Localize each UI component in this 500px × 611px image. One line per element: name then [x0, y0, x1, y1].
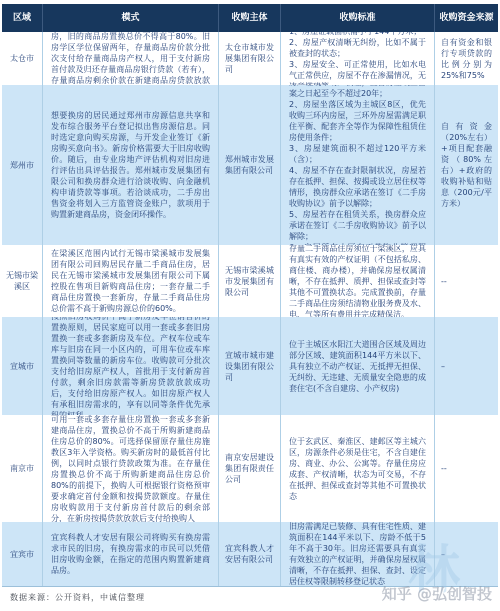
table-header-row: 区域 模式 收购主体 收购标准 收购资金来源: [2, 4, 498, 32]
table-row-taicang: 太仓市 用一套或多套存量商品房置换一套新建商品房，旧的商品房置换总价不得高于80…: [2, 32, 498, 85]
table-row-nanjing: 南京市 可用一套或多套存量住房置换一套或多套新建商品住房，置换总价不高于所购新建…: [2, 415, 498, 522]
cell-buyer: 太仓市城市发展集团有限公司: [218, 32, 280, 85]
cell-buyer: 无锡市梁溪城市发展集团有限公司: [218, 245, 280, 317]
cell-mode: 想要换房的居民通过郑州市房源信息共享和发布综合服务平台登记拟出售房源信息。同时选…: [42, 85, 218, 245]
cell-mode: 按照旧房收购价不高于新房及车位销售价的置换原则，居民家庭可以用一套或多套旧房置换…: [42, 317, 218, 415]
table-row-yibin: 宜宾市 宜宾科教人才安居有限公司将购买有换房需求市民的旧房，有换房需求的市民可以…: [2, 522, 498, 586]
cell-funding: --: [434, 245, 498, 317]
cell-buyer: 宜宾科教人才安居有限公司: [218, 522, 280, 586]
cell-buyer: 宣城市城市建设集团有限公司: [218, 317, 280, 415]
column-header-standard: 收购标准: [280, 4, 434, 32]
cell-buyer: 南京安居建设集团有限责任公司: [218, 415, 280, 522]
page-root: { "table": { "columns": ["区域", "模式", "收购…: [0, 0, 500, 611]
cell-funding: 自有资金（20%左右）+项目配套融资（80%左右）+政府的收购补贴和贴息（200…: [434, 85, 498, 245]
column-header-funding: 收购资金来源: [434, 4, 498, 32]
column-header-region: 区域: [2, 4, 42, 32]
cell-region: 南京市: [2, 415, 42, 522]
cell-funding: 自有资金和银行专项贷款的比例分别为25%和75%: [434, 32, 498, 85]
cell-mode: 在梁溪区范围内试行无锡市梁溪城市发展集团有限公司回购居民存量二手商品住房，居民在…: [42, 245, 218, 317]
cell-funding: –: [434, 317, 498, 415]
column-header-mode: 模式: [42, 4, 218, 32]
cell-buyer: 郑州城市发展集团有限公司: [218, 85, 280, 245]
cell-standard: 位于玄武区、秦淮区、建邺区等主城六区，房源条件必须是住宅，不含自建住房、商业、办…: [280, 415, 434, 522]
cell-mode: 宜宾科教人才安居有限公司将购买有换房需求市民的旧房，有换房需求的市民可以凭借旧房…: [42, 522, 218, 586]
table-row-wuxi-liangxi: 无锡市梁溪区 在梁溪区范围内试行无锡市梁溪城市发展集团有限公司回购居民存量二手商…: [2, 245, 498, 317]
cell-standard: 位于主城区水阳江大道围合区域及周边部分区域、建筑面积144平方米以下、具有独立不…: [280, 317, 434, 415]
cell-region: 宜宾市: [2, 522, 42, 586]
column-header-buyer: 收购主体: [218, 4, 280, 32]
data-source-note: 数据来源：公开资料，中诚信整理: [10, 592, 145, 603]
cell-region: 宣城市: [2, 317, 42, 415]
cell-region: 太仓市: [2, 32, 42, 85]
cell-standard: 1、房屋证载面积需小于144平方米； 2、房屋产权清晰无纠纷，比如不属于被查封的…: [280, 32, 434, 85]
cell-region: 郑州市: [2, 85, 42, 245]
cell-standard: 旧房需满足已装修、具有住宅性质、建筑面积在144平米以下、房龄不低于5年不高于3…: [280, 522, 434, 586]
table-row-zhengzhou: 郑州市 想要换房的居民通过郑州市房源信息共享和发布综合服务平台登记拟出售房源信息…: [2, 85, 498, 245]
table-row-xuancheng: 宣城市 按照旧房收购价不高于新房及车位销售价的置换原则，居民家庭可以用一套或多套…: [2, 317, 498, 415]
report-table-page: 区域 模式 收购主体 收购标准 收购资金来源 太仓市 用一套或多套存量商品房置换…: [2, 4, 498, 587]
cell-mode: 可用一套或多套存量住房置换一套或多套新建商品住房，置换总价不高于所购新建商品住房…: [42, 415, 218, 522]
housing-acquisition-table: 区域 模式 收购主体 收购标准 收购资金来源 太仓市 用一套或多套存量商品房置换…: [2, 4, 498, 587]
cell-mode: 用一套或多套存量商品房置换一套新建商品房，旧的商品房置换总价不得高于80%。旧房…: [42, 32, 218, 85]
cell-funding: –: [434, 522, 498, 586]
cell-standard: 存量二手商品住房须位于梁溪区，应具有真实有效的产权证明（不包括私房、商住楼、商办…: [280, 245, 434, 317]
cell-region: 无锡市梁溪区: [2, 245, 42, 317]
cell-funding: --: [434, 415, 498, 522]
cell-standard: 1、房屋性质为普通商品住房，已取得房产证或不动产权证，且自房屋竣工备案之日起至今…: [280, 85, 434, 245]
